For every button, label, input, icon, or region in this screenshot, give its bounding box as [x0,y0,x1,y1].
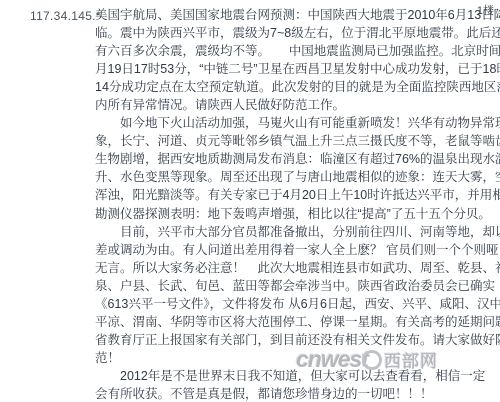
text-line: 泉、户县、长武、旬邑、蓝田等都会牵涉当中。陕西省政治委员会已确实 [95,277,495,295]
text-line: 内所有异常情况。请陕西人民做好防范工作。 [95,96,495,114]
text-line: 14分成功定点在太空预定轨道。此次发射的目的就是为全面监控陕西地区范围 [95,78,495,96]
text-line: 美国宇航局、美国国家地震台网预测：中国陕西大地震于2010年6月13日降 [95,6,495,24]
text-line: 勘测仪器探测表明：地下轰鸣声增强，相比以往“提高”了五十五个分贝。 [95,205,495,223]
text-line: 范！ [95,349,495,367]
text-line: 生物剧增，据西安地质勘测局发布消息：临潼区有超过76%的温泉出现水温上 [95,150,495,168]
text-line: 差或调动为由。有人问道出差用得着一家人全上麽？ 官员们则一个个则哑口 [95,241,495,259]
forum-post-page: 117.34.145.* 1楼 美国宇航局、美国国家地震台网预测：中国陕西大地震… [0,0,500,402]
text-line: 升、水色变黑等现象。周至还出现了与唐山地震相似的迹象：连天大雾，空气 [95,168,495,186]
text-line: 无言。所以大家务必注意！ 此次大地震相连县市如武功、周至、乾县、礼 [95,259,495,277]
text-line: 月19日17时53分，“中链二号”卫星在西昌卫星发射中心成功发射，已于18时 [95,60,495,78]
post-body-text: 美国宇航局、美国国家地震台网预测：中国陕西大地震于2010年6月13日降临。震中… [95,6,495,402]
text-line: 2012年是不是世界末日我不知道，但大家可以去查看看，相信一定 [95,367,495,385]
text-line: 象，长宁、河道、贞元等毗邻乡镇气温上升三点三摄氏度不等，老鼠等啮齿类 [95,132,495,150]
text-line: 目前，兴平市大部分官员都准备撤出，分别前往四川、河南等地，却以出 [95,223,495,241]
text-line: 省教育厅正上报国家有关部门，到目前还没有相关文件发布。请大家做好防 [95,331,495,349]
text-line: 如今地下火山活动加强，马嵬火山有可能重新喷发！兴华有动物异常现 [95,114,495,132]
text-line: 浑浊，阳光黯淡等。有关专家已于4月20日上午10时许抵达兴平市，并用相关 [95,186,495,204]
text-line: 临。震中为陕西兴平市，震级为7~8级左右，位于渭北平原地震带。此后还会 [95,24,495,42]
text-line: 会有所收获。不管是真是假，都请您珍惜身边的一切吧！！！ [95,385,495,402]
text-line: 有六百多次余震，震级均不等。 中国地震监测局已加强监控。北京时间4 [95,42,495,60]
text-line: 平凉、渭南、华阴等市区将大范围停工、停课一星期。有关高考的延期问题， [95,313,495,331]
text-line: 《613兴平一号文件》，文件将发布 从6月6日起，西安、兴平、咸阳、汉中、 [95,295,495,313]
poster-ip-address: 117.34.145.* [30,9,101,23]
